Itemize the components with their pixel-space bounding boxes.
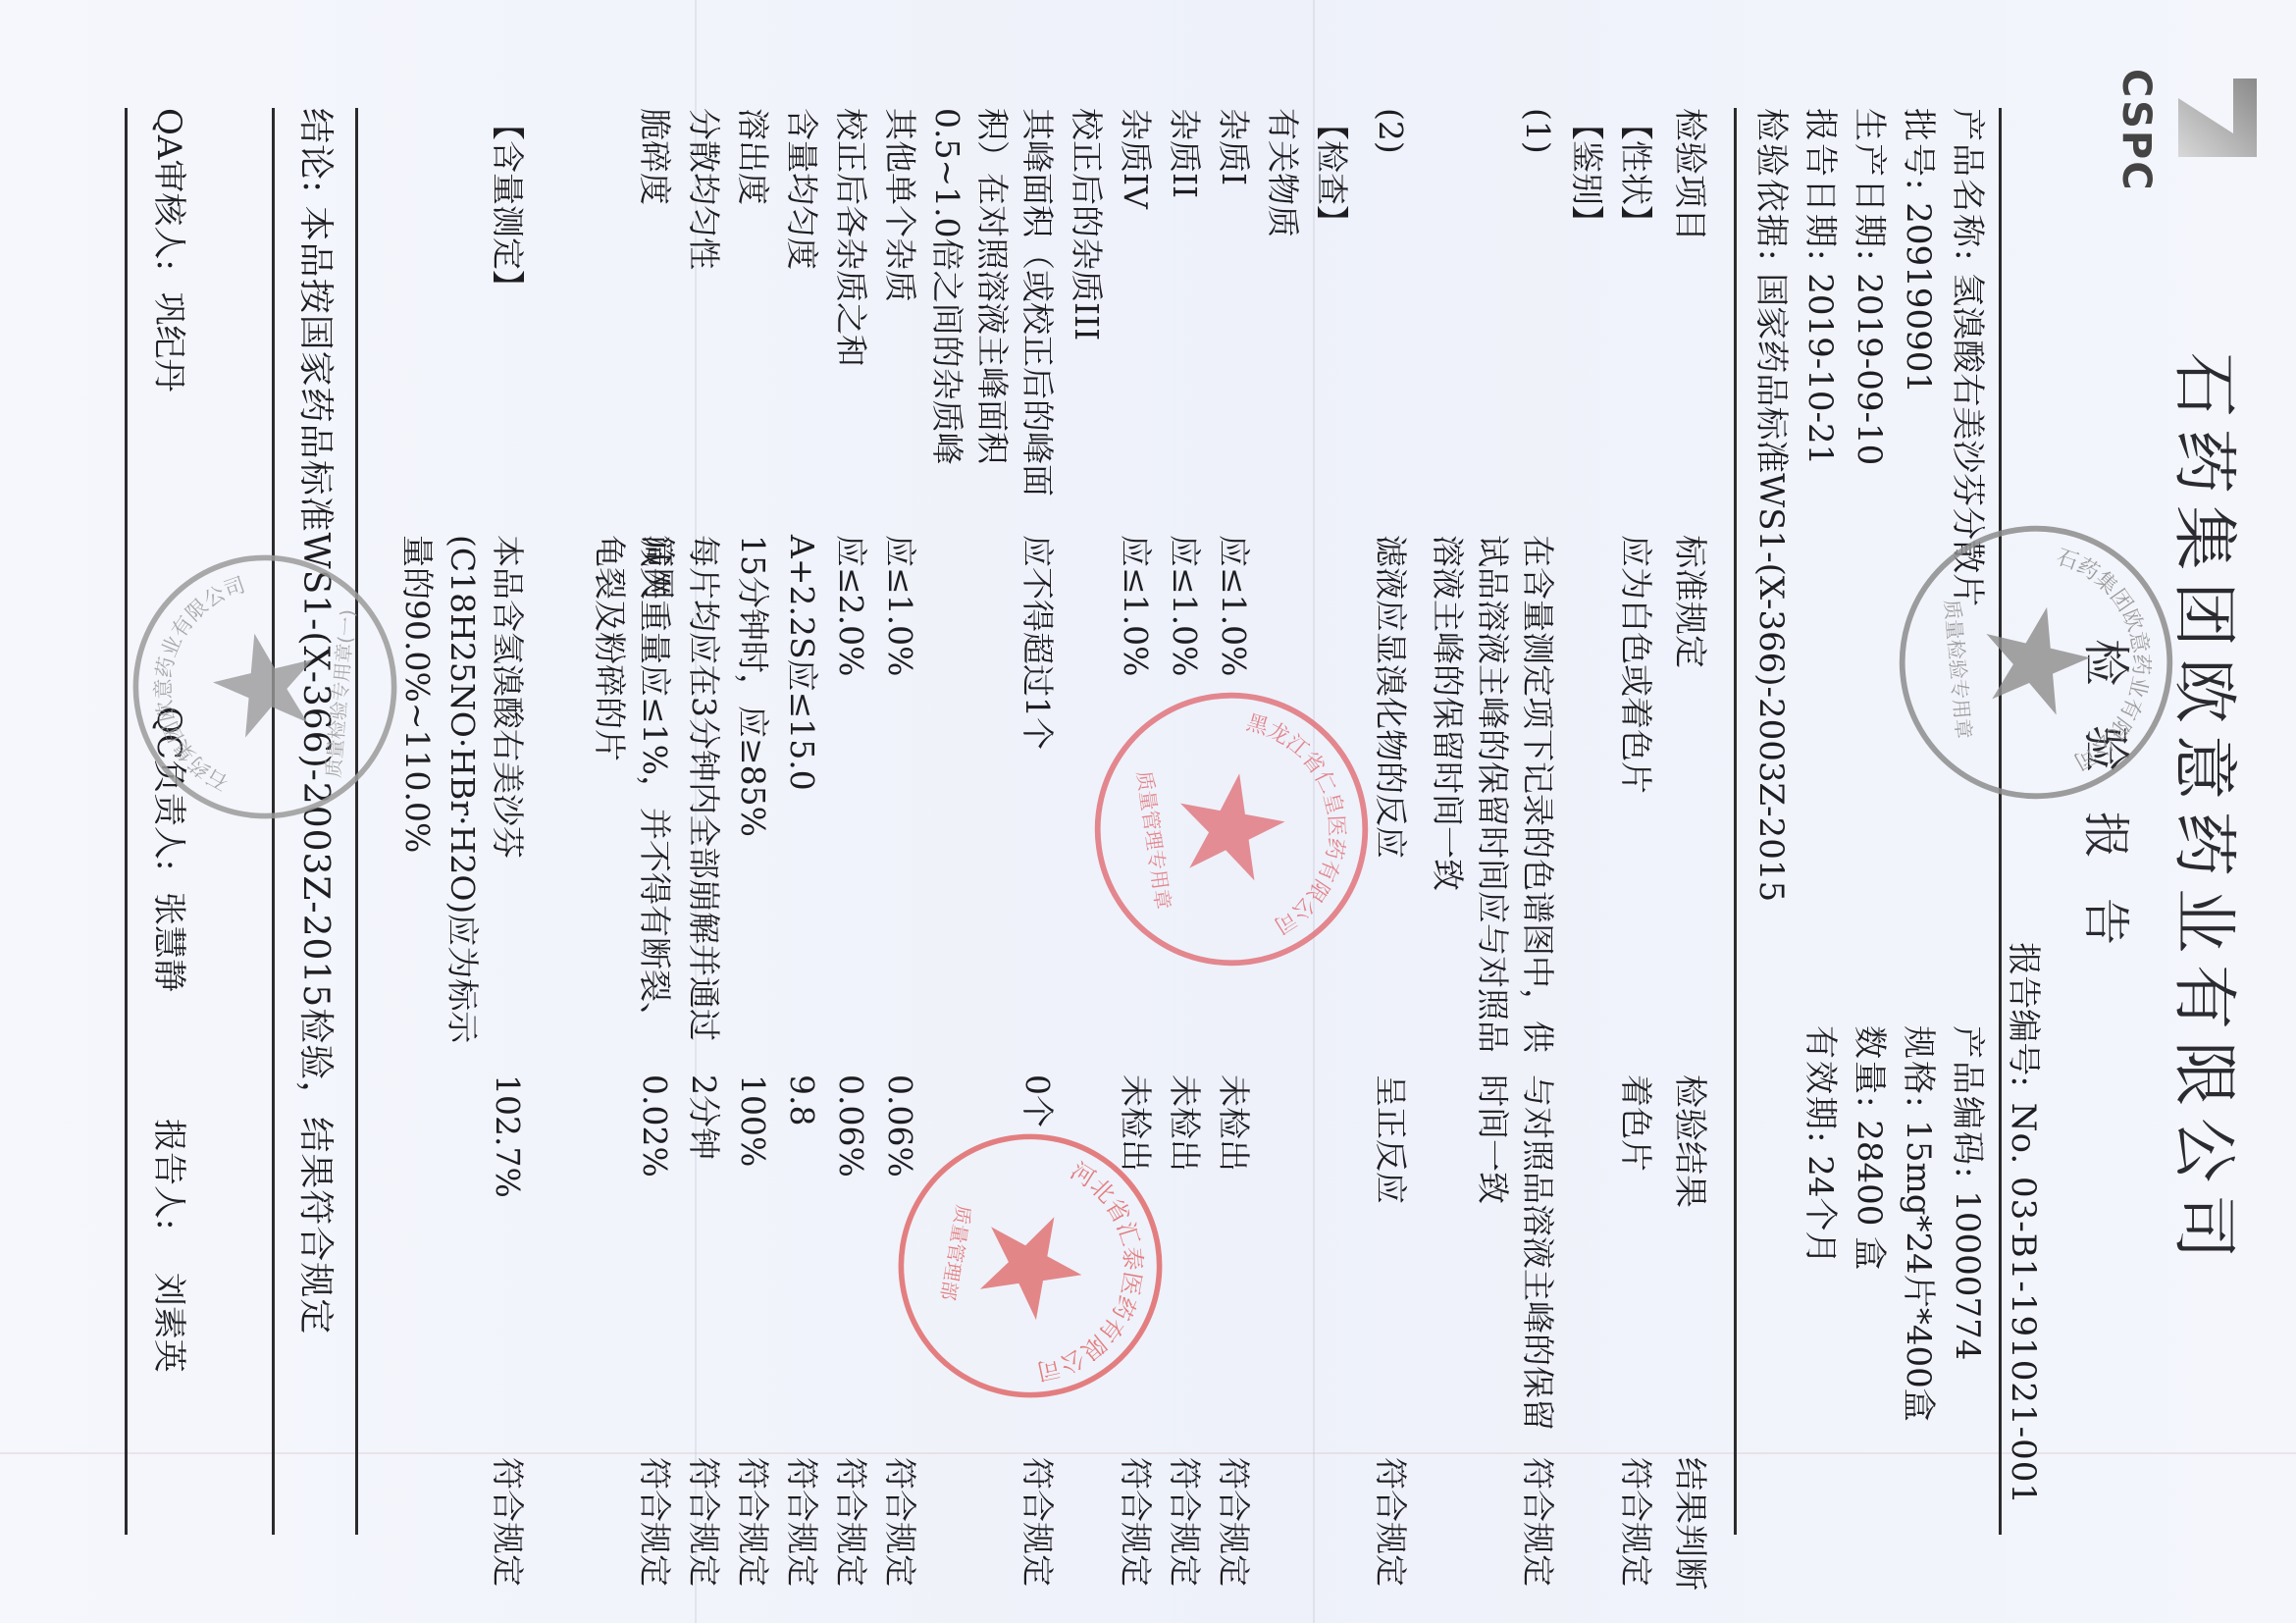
batch-number: 209190901 <box>1899 202 1938 393</box>
row-result: 100% <box>730 1074 775 1447</box>
qa-name: 巩纪丹 <box>149 292 188 393</box>
header-rule <box>1999 108 2002 1535</box>
row-judgement: 符合规定 <box>485 1457 530 1614</box>
report-number: 报告编号:No. 03-B1-191021-001 <box>2003 942 2051 1505</box>
row-judgement: 符合规定 <box>828 1457 873 1614</box>
quantity-label: 数量: <box>1850 1025 1889 1109</box>
company-name: 石药集团欧意药业有限公司 <box>2164 0 2257 1623</box>
row-standard: 应≤1.0% <box>1162 535 1207 1055</box>
meta-left: 产品名称: 氢溴酸右美沙芬分散片 批号: 209190901 生产日期: 201… <box>1747 108 1992 902</box>
report-number-value: No. 03-B1-191021-001 <box>2004 1103 2043 1505</box>
row-standard: 应≤2.0% <box>828 535 873 1055</box>
row-judgement: 符合规定 <box>1515 1457 1560 1614</box>
row-item: 其峰面积（或校正后的峰面积）在对照溶液主峰面积0.5~1.0倍之间的杂质峰 <box>924 108 1060 520</box>
conclusion: 结论: 本品按国家药品标准WS1-(X-366)-2003Z-2015检验，结果… <box>293 108 343 1335</box>
conclusion-text: 本品按国家药品标准WS1-(X-366)-2003Z-2015检验，结果符合规定 <box>295 206 336 1335</box>
row-item: 【性状】 <box>1613 108 1658 520</box>
reporter-name: 刘素英 <box>149 1273 188 1373</box>
qc-label: QC负责人: <box>149 707 188 870</box>
quantity: 28400 盒 <box>1850 1120 1889 1270</box>
row-result: 102.7% <box>485 1074 530 1447</box>
product-name: 氢溴酸右美沙芬分散片 <box>1948 273 1987 606</box>
row-standard: A+2.2S应≤15.0 <box>779 535 824 1055</box>
row-item: 分散均匀性 <box>681 108 726 520</box>
row-item: 脆碎度 <box>632 108 677 520</box>
report-title: 检验报告 <box>2076 0 2144 1623</box>
validity: 24个月 <box>1800 1155 1840 1264</box>
row-standard: 减失重量应≤1%，并不得有断裂、龟裂及粉碎的片 <box>587 535 677 1055</box>
row-item: (1) <box>1515 108 1560 520</box>
col-header-standard: 标准规定 <box>1669 535 1717 668</box>
row-judgement: 符合规定 <box>779 1457 824 1614</box>
inspection-basis: 国家药品标准WS1-(X-366)-2003Z-2015 <box>1751 273 1791 902</box>
report-date: 2019-10-21 <box>1800 273 1840 465</box>
row-result: 与对照品溶液主峰的保留时间一致 <box>1470 1074 1560 1447</box>
product-code: 10000774 <box>1948 1190 1987 1360</box>
row-item: 杂质I <box>1211 108 1256 520</box>
row-result: 未检出 <box>1113 1074 1158 1447</box>
row-standard: 应≤1.0% <box>1211 535 1256 1055</box>
row-item: 【鉴别】 <box>1564 108 1609 520</box>
svg-text:黑龙江省仁皇医药有限公司: 黑龙江省仁皇医药有限公司 <box>1240 700 1363 940</box>
spec: 15mg*24片*400盒 <box>1899 1120 1938 1421</box>
row-judgement: 符合规定 <box>877 1457 922 1614</box>
product-code-label: 产品编码: <box>1948 1025 1987 1179</box>
row-item: (2) <box>1368 108 1413 520</box>
row-standard: 应不得超过1个 <box>1015 535 1060 1055</box>
row-result: 着色片 <box>1613 1074 1658 1447</box>
reporter-label: 报告人: <box>149 1119 188 1230</box>
row-judgement: 符合规定 <box>1015 1457 1060 1614</box>
row-judgement: 符合规定 <box>681 1457 726 1614</box>
reporter-signature: 报告人: 刘素英 <box>148 1119 196 1373</box>
row-result: 呈正反应 <box>1368 1074 1413 1447</box>
table-top-rule <box>1734 108 1737 1535</box>
row-standard: 滤液应显溴化物的反应 <box>1368 535 1413 1055</box>
row-judgement: 符合规定 <box>1113 1457 1158 1614</box>
row-standard: 在含量测定项下记录的色谱图中，供试品溶液主峰的保留时间应与对照品溶液主峰的保留时… <box>1425 535 1560 1055</box>
conclusion-bottom-rule <box>272 108 275 1535</box>
row-result: 0个 <box>1015 1074 1060 1447</box>
conclusion-label: 结论: <box>295 108 336 193</box>
row-item: 【检查】 <box>1309 108 1354 520</box>
row-item: 含量均匀度 <box>779 108 824 520</box>
row-standard: 应≤1.0% <box>1113 535 1158 1055</box>
row-judgement: 符合规定 <box>1613 1457 1658 1614</box>
row-judgement: 符合规定 <box>730 1457 775 1614</box>
row-result: 0.06% <box>828 1074 873 1447</box>
row-result: 9.8 <box>779 1074 824 1447</box>
row-item: 【含量测定】 <box>485 108 530 520</box>
row-standard: 应为白色或着色片 <box>1613 535 1658 1055</box>
validity-label: 有效期: <box>1800 1025 1840 1144</box>
row-result: 2分钟 <box>681 1074 726 1447</box>
row-item: 杂质IV <box>1113 108 1158 520</box>
meta-right: 产品编码: 10000774 规格: 15mg*24片*400盒 数量: 284… <box>1796 1025 1992 1422</box>
report-date-label: 报告日期: <box>1800 108 1840 262</box>
inspection-report-page: CSPC 石药集团欧意药业有限公司 检验报告 报告编号:No. 03-B1-19… <box>0 0 2296 1623</box>
paper-fold <box>0 1452 2296 1454</box>
row-judgement: 符合规定 <box>632 1457 677 1614</box>
row-result: 0.02% <box>632 1074 677 1447</box>
row-item: 其他单个杂质 <box>877 108 922 520</box>
product-name-label: 产品名称: <box>1948 108 1987 262</box>
production-date-label: 生产日期: <box>1850 108 1889 262</box>
row-judgement: 符合规定 <box>1368 1457 1413 1614</box>
production-date: 2019-09-10 <box>1850 273 1889 465</box>
row-standard: 应≤1.0% <box>877 535 922 1055</box>
row-item: 杂质II <box>1162 108 1207 520</box>
conclusion-top-rule <box>355 108 358 1535</box>
row-item: 溶出度 <box>730 108 775 520</box>
col-header-result: 检验结果 <box>1669 1074 1717 1208</box>
qa-label: QA审核人: <box>149 108 188 271</box>
row-item: 校正后的杂质III <box>1064 108 1109 520</box>
row-judgement: 符合规定 <box>1211 1457 1256 1614</box>
svg-text:质量管理部: 质量管理部 <box>936 1203 975 1302</box>
qa-signature: QA审核人: 巩纪丹 <box>148 108 196 393</box>
qc-name: 张慧静 <box>149 892 188 992</box>
row-result: 0.06% <box>877 1074 922 1447</box>
row-judgement: 符合规定 <box>1162 1457 1207 1614</box>
basis-label: 检验依据: <box>1751 108 1791 262</box>
col-header-judgement: 结果判断 <box>1669 1457 1717 1591</box>
footer-rule <box>125 108 128 1535</box>
row-result: 未检出 <box>1162 1074 1207 1447</box>
row-standard: 15分钟时，应≥85% <box>730 535 775 1055</box>
row-item: 有关物质 <box>1260 108 1305 520</box>
row-standard: 本品含氢溴酸右美沙芬(C18H25NO·HBr·H2O)应为标示量的90.0%~… <box>394 535 530 1055</box>
spec-label: 规格: <box>1899 1025 1938 1109</box>
report-number-label: 报告编号: <box>2004 942 2043 1086</box>
col-header-item: 检验项目 <box>1669 108 1717 241</box>
batch-label: 批号: <box>1899 108 1938 191</box>
qc-signature: QC负责人: 张慧静 <box>148 707 196 992</box>
row-result: 未检出 <box>1211 1074 1256 1447</box>
row-item: 校正后各杂质之和 <box>828 108 873 520</box>
